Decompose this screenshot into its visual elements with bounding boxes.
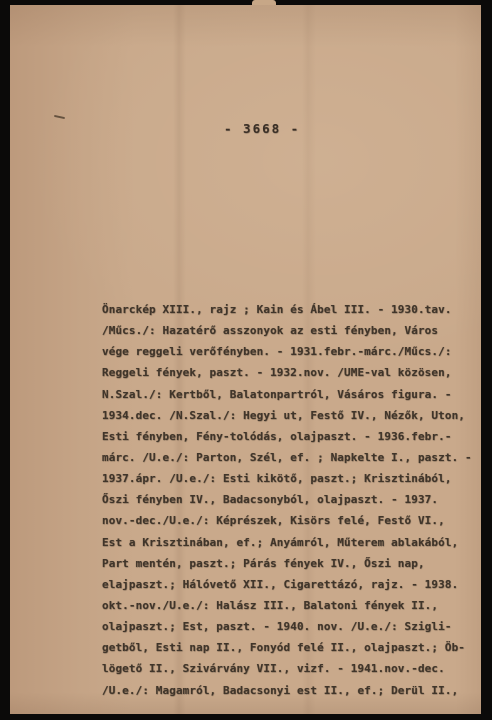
typewritten-line: elajpaszt.; Hálóvető XII., Cigarettázó, …	[102, 574, 480, 595]
typewritten-line: lögető II., Szivárvány VII., vizf. - 194…	[102, 658, 480, 679]
typewritten-line: 1934.dec. /N.Szal./: Hegyi ut, Festő IV.…	[102, 405, 480, 426]
typewritten-line: Reggeli fények, paszt. - 1932.nov. /UME-…	[102, 362, 480, 383]
typewritten-line: N.Szal./: Kertből, Balatonpartról, Vásár…	[102, 384, 480, 405]
typewritten-line: getből, Esti nap II., Fonyód felé II., o…	[102, 637, 480, 658]
typewritten-line: Önarckép XIII., rajz ; Kain és Ábel III.…	[102, 299, 480, 320]
typewritten-line: Est a Krisztinában, ef.; Anyámról, Műter…	[102, 532, 480, 553]
typewritten-line: márc. /U.e./: Parton, Szél, ef. ; Napkel…	[102, 447, 480, 468]
typewritten-line: vége reggeli verőfényben. - 1931.febr.-m…	[102, 341, 480, 362]
paper-sheet: - 3668 - Önarckép XIII., rajz ; Kain és …	[10, 5, 481, 714]
typewritten-line: 1937.ápr. /U.e./: Esti kikötő, paszt.; K…	[102, 468, 480, 489]
typewritten-line: nov.-dec./U.e./: Képrészek, Kisörs felé,…	[102, 510, 480, 531]
page-number: - 3668 -	[224, 121, 300, 136]
typewritten-line: Őszi fényben IV., Badacsonyból, olajpasz…	[102, 489, 480, 510]
typewritten-line: okt.-nov./U.e./: Halász III., Balatoni f…	[102, 595, 480, 616]
typewritten-line: /U.e./: Magamról, Badacsonyi est II., ef…	[102, 680, 480, 701]
typewritten-text-block: Önarckép XIII., rajz ; Kain és Ábel III.…	[102, 299, 480, 701]
typewritten-line: /Műcs./: Hazatérő asszonyok az esti fény…	[102, 320, 480, 341]
stray-pen-mark	[54, 115, 65, 119]
typewritten-line: olajpaszt.; Est, paszt. - 1940. nov. /U.…	[102, 616, 480, 637]
typewritten-line: Part mentén, paszt.; Párás fények IV., Ő…	[102, 553, 480, 574]
typewritten-line: Esti fényben, Fény-tolódás, olajpaszt. -…	[102, 426, 480, 447]
scanned-page: - 3668 - Önarckép XIII., rajz ; Kain és …	[0, 0, 492, 720]
